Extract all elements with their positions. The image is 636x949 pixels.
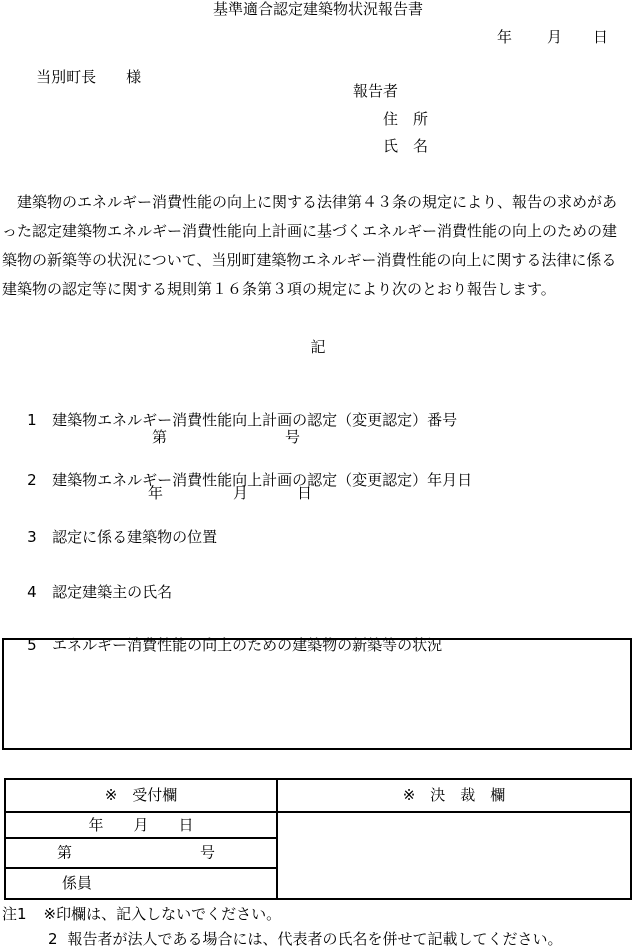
reception-date-cell: 年 月 日 <box>6 813 278 839</box>
addressee-name: 当別町長 <box>36 68 96 86</box>
item-4-row: 4認定建築主の氏名 <box>8 570 172 615</box>
item-number: 3 <box>27 530 52 545</box>
approval-blank-cell <box>278 813 630 898</box>
reporter-label: 報告者 <box>353 84 398 99</box>
body-line: った認定建築物エネルギー消費性能向上計画に基づくエネルギー消費性能の向上のための… <box>2 217 634 246</box>
note-label: 2 <box>48 932 58 947</box>
report-document-page: 基準適合認定建築物状況報告書 年 月 日 当別町長様 報告者 住 所 氏 名 建… <box>0 0 636 949</box>
number-suffix-label: 号 <box>285 430 300 445</box>
reception-column-header: ※ 受付欄 <box>6 780 278 813</box>
item-label: 建築物エネルギー消費性能向上計画の認定（変更認定）番号 <box>52 411 457 429</box>
form-title: 基準適合認定建築物状況報告書 <box>0 2 636 17</box>
status-entry-box <box>2 638 632 750</box>
addressee: 当別町長様 <box>17 55 141 100</box>
item-label: 認定に係る建築物の位置 <box>52 528 217 546</box>
reporter-address-label: 住 所 <box>383 112 428 127</box>
note-text: ※印欄は、記入しないでください。 <box>44 907 282 922</box>
day-label: 日 <box>593 30 608 45</box>
note-text: 報告者が法人である場合には、代表者の氏名を併せて記載してください。 <box>68 932 563 947</box>
note-row: 2 報告者が法人である場合には、代表者の氏名を併せて記載してください。 <box>48 932 563 947</box>
number-prefix-label: 第 <box>152 430 167 445</box>
list-heading-ki: 記 <box>0 340 636 355</box>
item-number: 4 <box>27 585 52 600</box>
body-line: 建築物の認定等に関する規則第１６条第３項の規定により次のとおり報告します。 <box>2 275 634 304</box>
item-3-row: 3認定に係る建築物の位置 <box>8 515 217 560</box>
body-paragraph: 建築物のエネルギー消費性能の向上に関する法律第４３条の規定により、報告の求めがあ… <box>2 188 634 304</box>
report-date-line: 年 月 日 <box>0 30 636 46</box>
item-label: 認定建築主の氏名 <box>52 583 172 601</box>
day-label: 日 <box>297 486 312 501</box>
year-label: 年 <box>148 486 163 501</box>
body-line: 建築物のエネルギー消費性能の向上に関する法律第４３条の規定により、報告の求めがあ <box>2 188 634 217</box>
staff-cell: 係員 <box>6 869 278 898</box>
reporter-name-label: 氏 名 <box>383 139 428 154</box>
note-label: 注1 <box>2 907 27 922</box>
approval-column-header: ※ 決 裁 欄 <box>278 780 630 813</box>
month-label: 月 <box>233 486 248 501</box>
reception-approval-table: ※ 受付欄 ※ 決 裁 欄 年 月 日 第 号 係員 <box>4 778 632 900</box>
month-label: 月 <box>547 30 562 45</box>
year-label: 年 <box>497 30 512 45</box>
item-number: 1 <box>27 413 52 428</box>
body-line: 築物の新築等の状況について、当別町建築物エネルギー消費性能の向上に関する法律に係… <box>2 246 634 275</box>
honorific-label: 様 <box>126 68 141 86</box>
certification-date-line: 年 月 日 <box>0 486 636 502</box>
note-row: 注1 ※印欄は、記入しないでください。 <box>2 907 281 922</box>
number-prefix-label: 第 <box>57 846 72 861</box>
certification-number-line: 第 号 <box>0 430 636 446</box>
reception-number-cell: 第 号 <box>6 839 278 869</box>
number-suffix-label: 号 <box>200 846 215 861</box>
